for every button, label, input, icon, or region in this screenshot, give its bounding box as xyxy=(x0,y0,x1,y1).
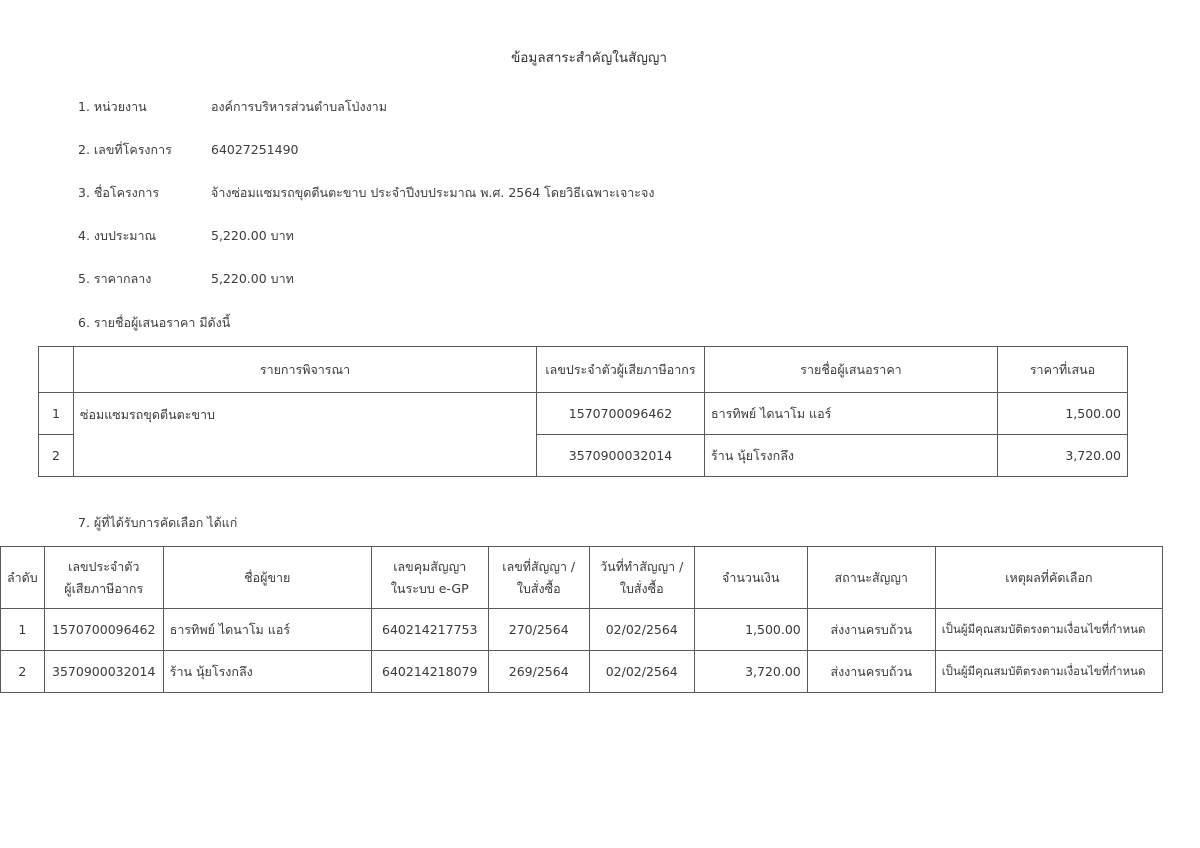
cell-status: ส่งงานครบถ้วน xyxy=(807,609,935,651)
cell-egp-no: 640214218079 xyxy=(371,651,488,693)
item-median-price: 5. ราคากลาง5,220.00 บาท xyxy=(78,269,294,289)
cell-amount: 3,720.00 xyxy=(694,651,807,693)
col-header-item: รายการพิจารณา xyxy=(74,347,537,393)
col-header-no xyxy=(39,347,74,393)
bidders-table: รายการพิจารณา เลขประจำตัวผู้เสียภาษีอากร… xyxy=(38,346,1128,477)
table-header-row: ลำดับ เลขประจำตัว ผู้เสียภาษีอากร ชื่อผู… xyxy=(1,547,1163,609)
selected-vendors-table: ลำดับ เลขประจำตัว ผู้เสียภาษีอากร ชื่อผู… xyxy=(0,546,1163,693)
item-value: 64027251490 xyxy=(211,142,298,157)
cell-no: 2 xyxy=(39,435,74,477)
cell-status: ส่งงานครบถ้วน xyxy=(807,651,935,693)
cell-vendor: ร้าน นุ้ยโรงกลึง xyxy=(163,651,371,693)
table-row: 1 ซ่อมแซมรถขุดตีนตะขาบ 1570700096462 ธาร… xyxy=(39,393,1128,435)
item-value: จ้างซ่อมแซมรถขุดตีนตะขาบ ประจำปีงบประมาณ… xyxy=(211,183,654,203)
cell-order: 2 xyxy=(1,651,45,693)
cell-egp-no: 640214217753 xyxy=(371,609,488,651)
cell-amount: 1,500.00 xyxy=(694,609,807,651)
col-header-reason: เหตุผลที่คัดเลือก xyxy=(935,547,1162,609)
cell-date: 02/02/2564 xyxy=(589,651,694,693)
cell-vendor: ธารทิพย์ ไดนาโม แอร์ xyxy=(163,609,371,651)
document-title: ข้อมูลสาระสำคัญในสัญญา xyxy=(0,46,1178,68)
item-budget: 4. งบประมาณ5,220.00 บาท xyxy=(78,226,294,246)
item-value: 5,220.00 บาท xyxy=(211,226,294,246)
item-value: องค์การบริหารส่วนตำบลโป่งงาม xyxy=(211,97,387,117)
cell-contract-no: 269/2564 xyxy=(488,651,589,693)
cell-reason: เป็นผู้มีคุณสมบัติตรงตามเงื่อนไขที่กำหนด xyxy=(935,651,1162,693)
item-label: 1. หน่วยงาน xyxy=(78,97,211,117)
cell-tax-id: 3570900032014 xyxy=(44,651,163,693)
cell-reason: เป็นผู้มีคุณสมบัติตรงตามเงื่อนไขที่กำหนด xyxy=(935,609,1162,651)
cell-item: ซ่อมแซมรถขุดตีนตะขาบ xyxy=(74,393,537,477)
col-header-contract-no: เลขที่สัญญา / ใบสั่งซื้อ xyxy=(488,547,589,609)
item-project-number: 2. เลขที่โครงการ64027251490 xyxy=(78,140,298,160)
col-header-price: ราคาที่เสนอ xyxy=(998,347,1128,393)
col-header-order: ลำดับ xyxy=(1,547,45,609)
cell-tax-id: 1570700096462 xyxy=(537,393,705,435)
item-label: 3. ชื่อโครงการ xyxy=(78,183,211,203)
col-header-date: วันที่ทำสัญญา / ใบสั่งซื้อ xyxy=(589,547,694,609)
cell-order: 1 xyxy=(1,609,45,651)
cell-bidder: ธารทิพย์ ไดนาโม แอร์ xyxy=(705,393,998,435)
section7-title: 7. ผู้ที่ได้รับการคัดเลือก ได้แก่ xyxy=(78,513,237,533)
cell-date: 02/02/2564 xyxy=(589,609,694,651)
cell-price: 3,720.00 xyxy=(998,435,1128,477)
col-header-status: สถานะสัญญา xyxy=(807,547,935,609)
table-row: 2 3570900032014 ร้าน นุ้ยโรงกลึง 6402142… xyxy=(1,651,1163,693)
cell-price: 1,500.00 xyxy=(998,393,1128,435)
table-header-row: รายการพิจารณา เลขประจำตัวผู้เสียภาษีอากร… xyxy=(39,347,1128,393)
col-header-tax-id: เลขประจำตัวผู้เสียภาษีอากร xyxy=(537,347,705,393)
section6-title: 6. รายชื่อผู้เสนอราคา มีดังนี้ xyxy=(78,313,230,333)
col-header-egp-no: เลขคุมสัญญา ในระบบ e-GP xyxy=(371,547,488,609)
cell-no: 1 xyxy=(39,393,74,435)
item-label: 5. ราคากลาง xyxy=(78,269,211,289)
item-agency: 1. หน่วยงานองค์การบริหารส่วนตำบลโป่งงาม xyxy=(78,97,387,117)
col-header-tax-id: เลขประจำตัว ผู้เสียภาษีอากร xyxy=(44,547,163,609)
item-label: 4. งบประมาณ xyxy=(78,226,211,246)
item-label: 2. เลขที่โครงการ xyxy=(78,140,211,160)
item-project-name: 3. ชื่อโครงการจ้างซ่อมแซมรถขุดตีนตะขาบ ป… xyxy=(78,183,654,203)
item-value: 5,220.00 บาท xyxy=(211,269,294,289)
col-header-amount: จำนวนเงิน xyxy=(694,547,807,609)
cell-bidder: ร้าน นุ้ยโรงกลึง xyxy=(705,435,998,477)
table-row: 1 1570700096462 ธารทิพย์ ไดนาโม แอร์ 640… xyxy=(1,609,1163,651)
col-header-bidder: รายชื่อผู้เสนอราคา xyxy=(705,347,998,393)
col-header-vendor: ชื่อผู้ขาย xyxy=(163,547,371,609)
cell-contract-no: 270/2564 xyxy=(488,609,589,651)
cell-tax-id: 3570900032014 xyxy=(537,435,705,477)
cell-tax-id: 1570700096462 xyxy=(44,609,163,651)
